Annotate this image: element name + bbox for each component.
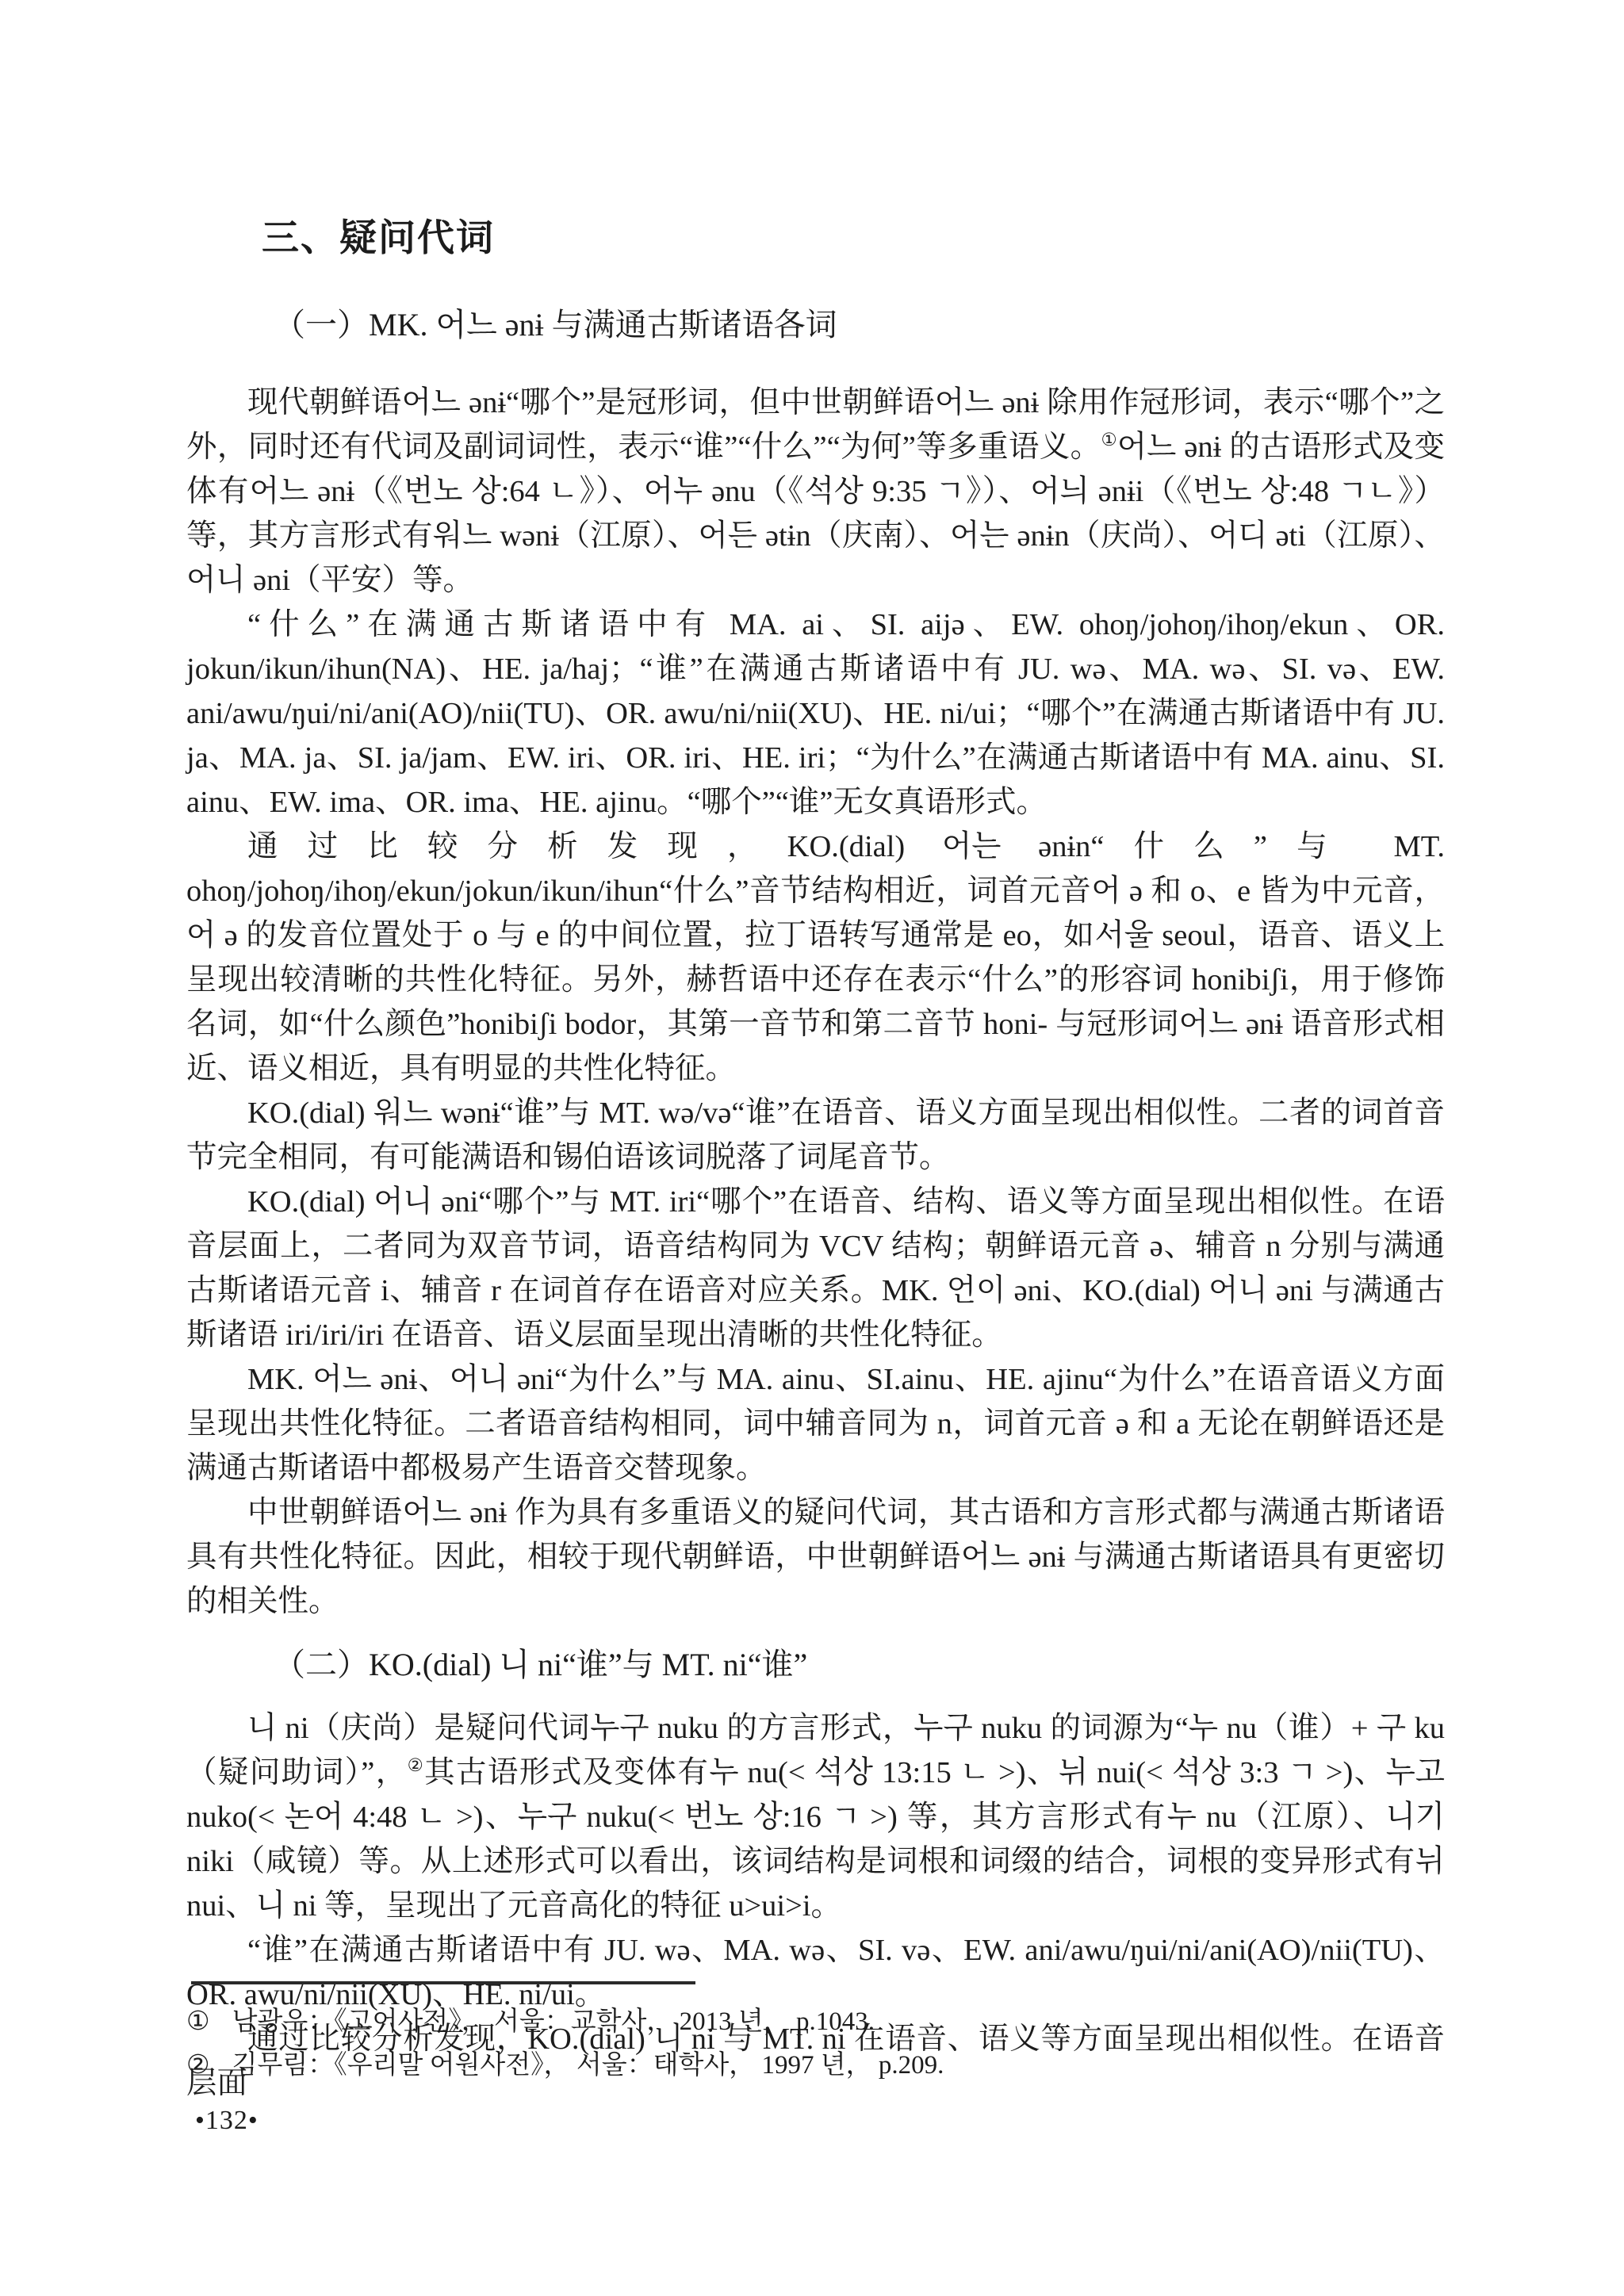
paragraph: “什么”在满通古斯诸语中有 MA. ai、SI. aijə、EW. ohoŋ/j… — [186, 603, 1445, 825]
footnote-reference: ① — [1101, 430, 1116, 450]
paragraph: 中世朝鲜语어느 ənɨ 作为具有多重语义的疑问代词，其古语和方言形式都与满通古斯… — [186, 1490, 1445, 1624]
paragraph: KO.(dial) 어니 əni“哪个”与 MT. iri“哪个”在语音、结构、… — [186, 1180, 1445, 1357]
footnote-reference: ② — [408, 1755, 424, 1775]
text-column: 三、疑问代词 （一）MK. 어느 ənɨ 与满通古斯诸语各词现代朝鲜语어느 ən… — [186, 0, 1445, 2106]
subsection-heading: （二）KO.(dial) 니 ni“谁”与 MT. ni“谁” — [274, 1646, 1445, 1684]
footnote-separator — [191, 1981, 695, 1984]
footnote-marker: ② — [186, 2044, 210, 2087]
footnotes: ①남광우：《고어사전》， 서울：교학사， 2013 년， p.1043.②김무림… — [186, 1968, 1445, 2087]
document-page: 三、疑问代词 （一）MK. 어느 ənɨ 与满通古斯诸语各词现代朝鲜语어느 ən… — [0, 0, 1624, 2296]
paragraph: 니 ni（庆尚）是疑问代词누구 nuku 的方言形式，누구 nuku 的词源为“… — [186, 1706, 1445, 1928]
paragraph: KO.(dial) 워느 wənɨ“谁”与 MT. wə/və“谁”在语音、语义… — [186, 1091, 1445, 1180]
footnote-item: ②김무림：《우리말 어원사전》， 서울：태학사， 1997 년， p.209. — [186, 2044, 1445, 2087]
paragraph: 现代朝鲜语어느 ənɨ“哪个”是冠形词，但中世朝鲜语어느 ənɨ 除用作冠形词，… — [186, 381, 1445, 603]
footnote-marker: ① — [186, 2000, 210, 2044]
footnote-text: 김무림：《우리말 어원사전》， 서울：태학사， 1997 년， p.209. — [232, 2044, 1445, 2087]
section-heading: 三、疑问代词 — [262, 0, 1445, 260]
body-text: （一）MK. 어느 ənɨ 与满通古斯诸语各词现代朝鲜语어느 ənɨ“哪个”是冠… — [186, 306, 1445, 2106]
footnote-text: 남광우：《고어사전》， 서울：교학사， 2013 년， p.1043. — [232, 2000, 1445, 2044]
page-number: •132• — [195, 2106, 259, 2136]
footnote-list: ①남광우：《고어사전》， 서울：교학사， 2013 년， p.1043.②김무림… — [186, 2000, 1445, 2087]
paragraph: 通过比较分析发现，KO.(dial) 어는 ənɨn“什么”与 MT. ohoŋ… — [186, 825, 1445, 1091]
subsection-heading: （一）MK. 어느 ənɨ 与满通古斯诸语各词 — [274, 306, 1445, 344]
paragraph: MK. 어느 ənɨ、어니 əni“为什么”与 MA. ainu、SI.ainu… — [186, 1357, 1445, 1490]
footnote-item: ①남광우：《고어사전》， 서울：교학사， 2013 년， p.1043. — [186, 2000, 1445, 2044]
